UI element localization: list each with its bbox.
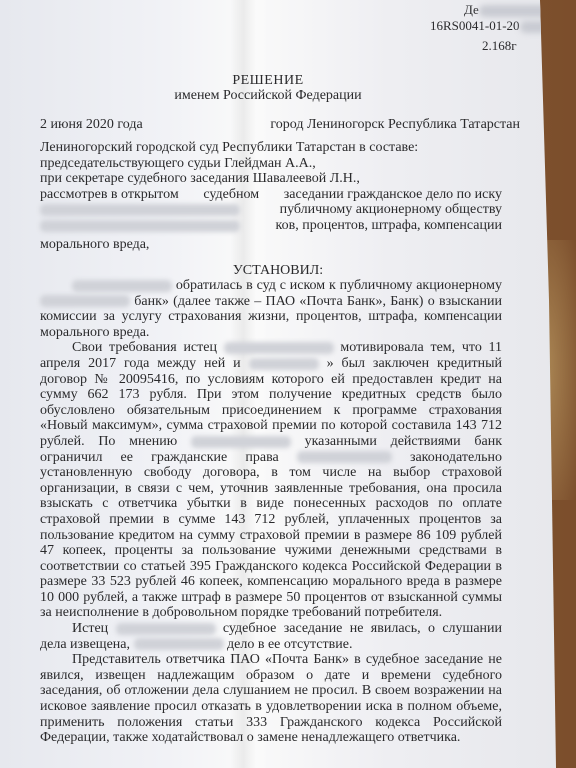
redacted-region [40, 295, 130, 307]
section-heading-established: УСТАНОВИЛ: [0, 263, 556, 279]
document-title: РЕШЕНИЕ [0, 73, 556, 89]
court-composition: Лениногорский городской суд Республики Т… [40, 140, 502, 252]
case-header: Де 16RS0041-01-20 2.168г [430, 2, 560, 54]
redacted-region [40, 204, 240, 216]
paragraph-plaintiff-absent: Истец судебное заседание не явилась, о с… [40, 621, 502, 652]
court-line: Лениногорский городской суд Республики Т… [40, 140, 502, 156]
doc-prefix: Де [464, 2, 479, 17]
document-page: Де 16RS0041-01-20 2.168г РЕШЕНИЕ именем … [0, 0, 556, 768]
redacted-region [191, 436, 291, 448]
date-place-line: 2 июня 2020 года город Лениногорск Респу… [40, 117, 520, 133]
facts-section: обратилась в суд с иском к публичному ак… [40, 278, 502, 746]
case-line: рассмотрев в открытом судебном заседании… [40, 187, 502, 203]
paragraph-claim: обратилась в суд с иском к публичному ак… [40, 278, 502, 340]
paragraph-defendant: Представитель ответчика ПАО «Почта Банк»… [40, 652, 502, 746]
secretary-line: при секретаре судебного заседания Шавале… [40, 171, 502, 187]
redacted-region [134, 638, 224, 650]
redacted-region [297, 451, 392, 463]
redacted-region [40, 220, 240, 232]
decision-place: город Лениногорск Республика Татарстан [270, 117, 520, 133]
redacted-region [72, 280, 172, 292]
document-subtitle: именем Российской Федерации [0, 88, 556, 104]
redacted-region [116, 623, 216, 635]
paragraph-motivation: Свои требования истец мотивировала тем, … [40, 340, 502, 621]
judge-line: председательствующего судьи Глейдман А.А… [40, 156, 502, 172]
redacted-region [249, 358, 319, 370]
case-number: 16RS0041-01-20 [430, 18, 520, 33]
redacted-region [224, 342, 334, 354]
decision-date: 2 июня 2020 года [40, 117, 143, 133]
